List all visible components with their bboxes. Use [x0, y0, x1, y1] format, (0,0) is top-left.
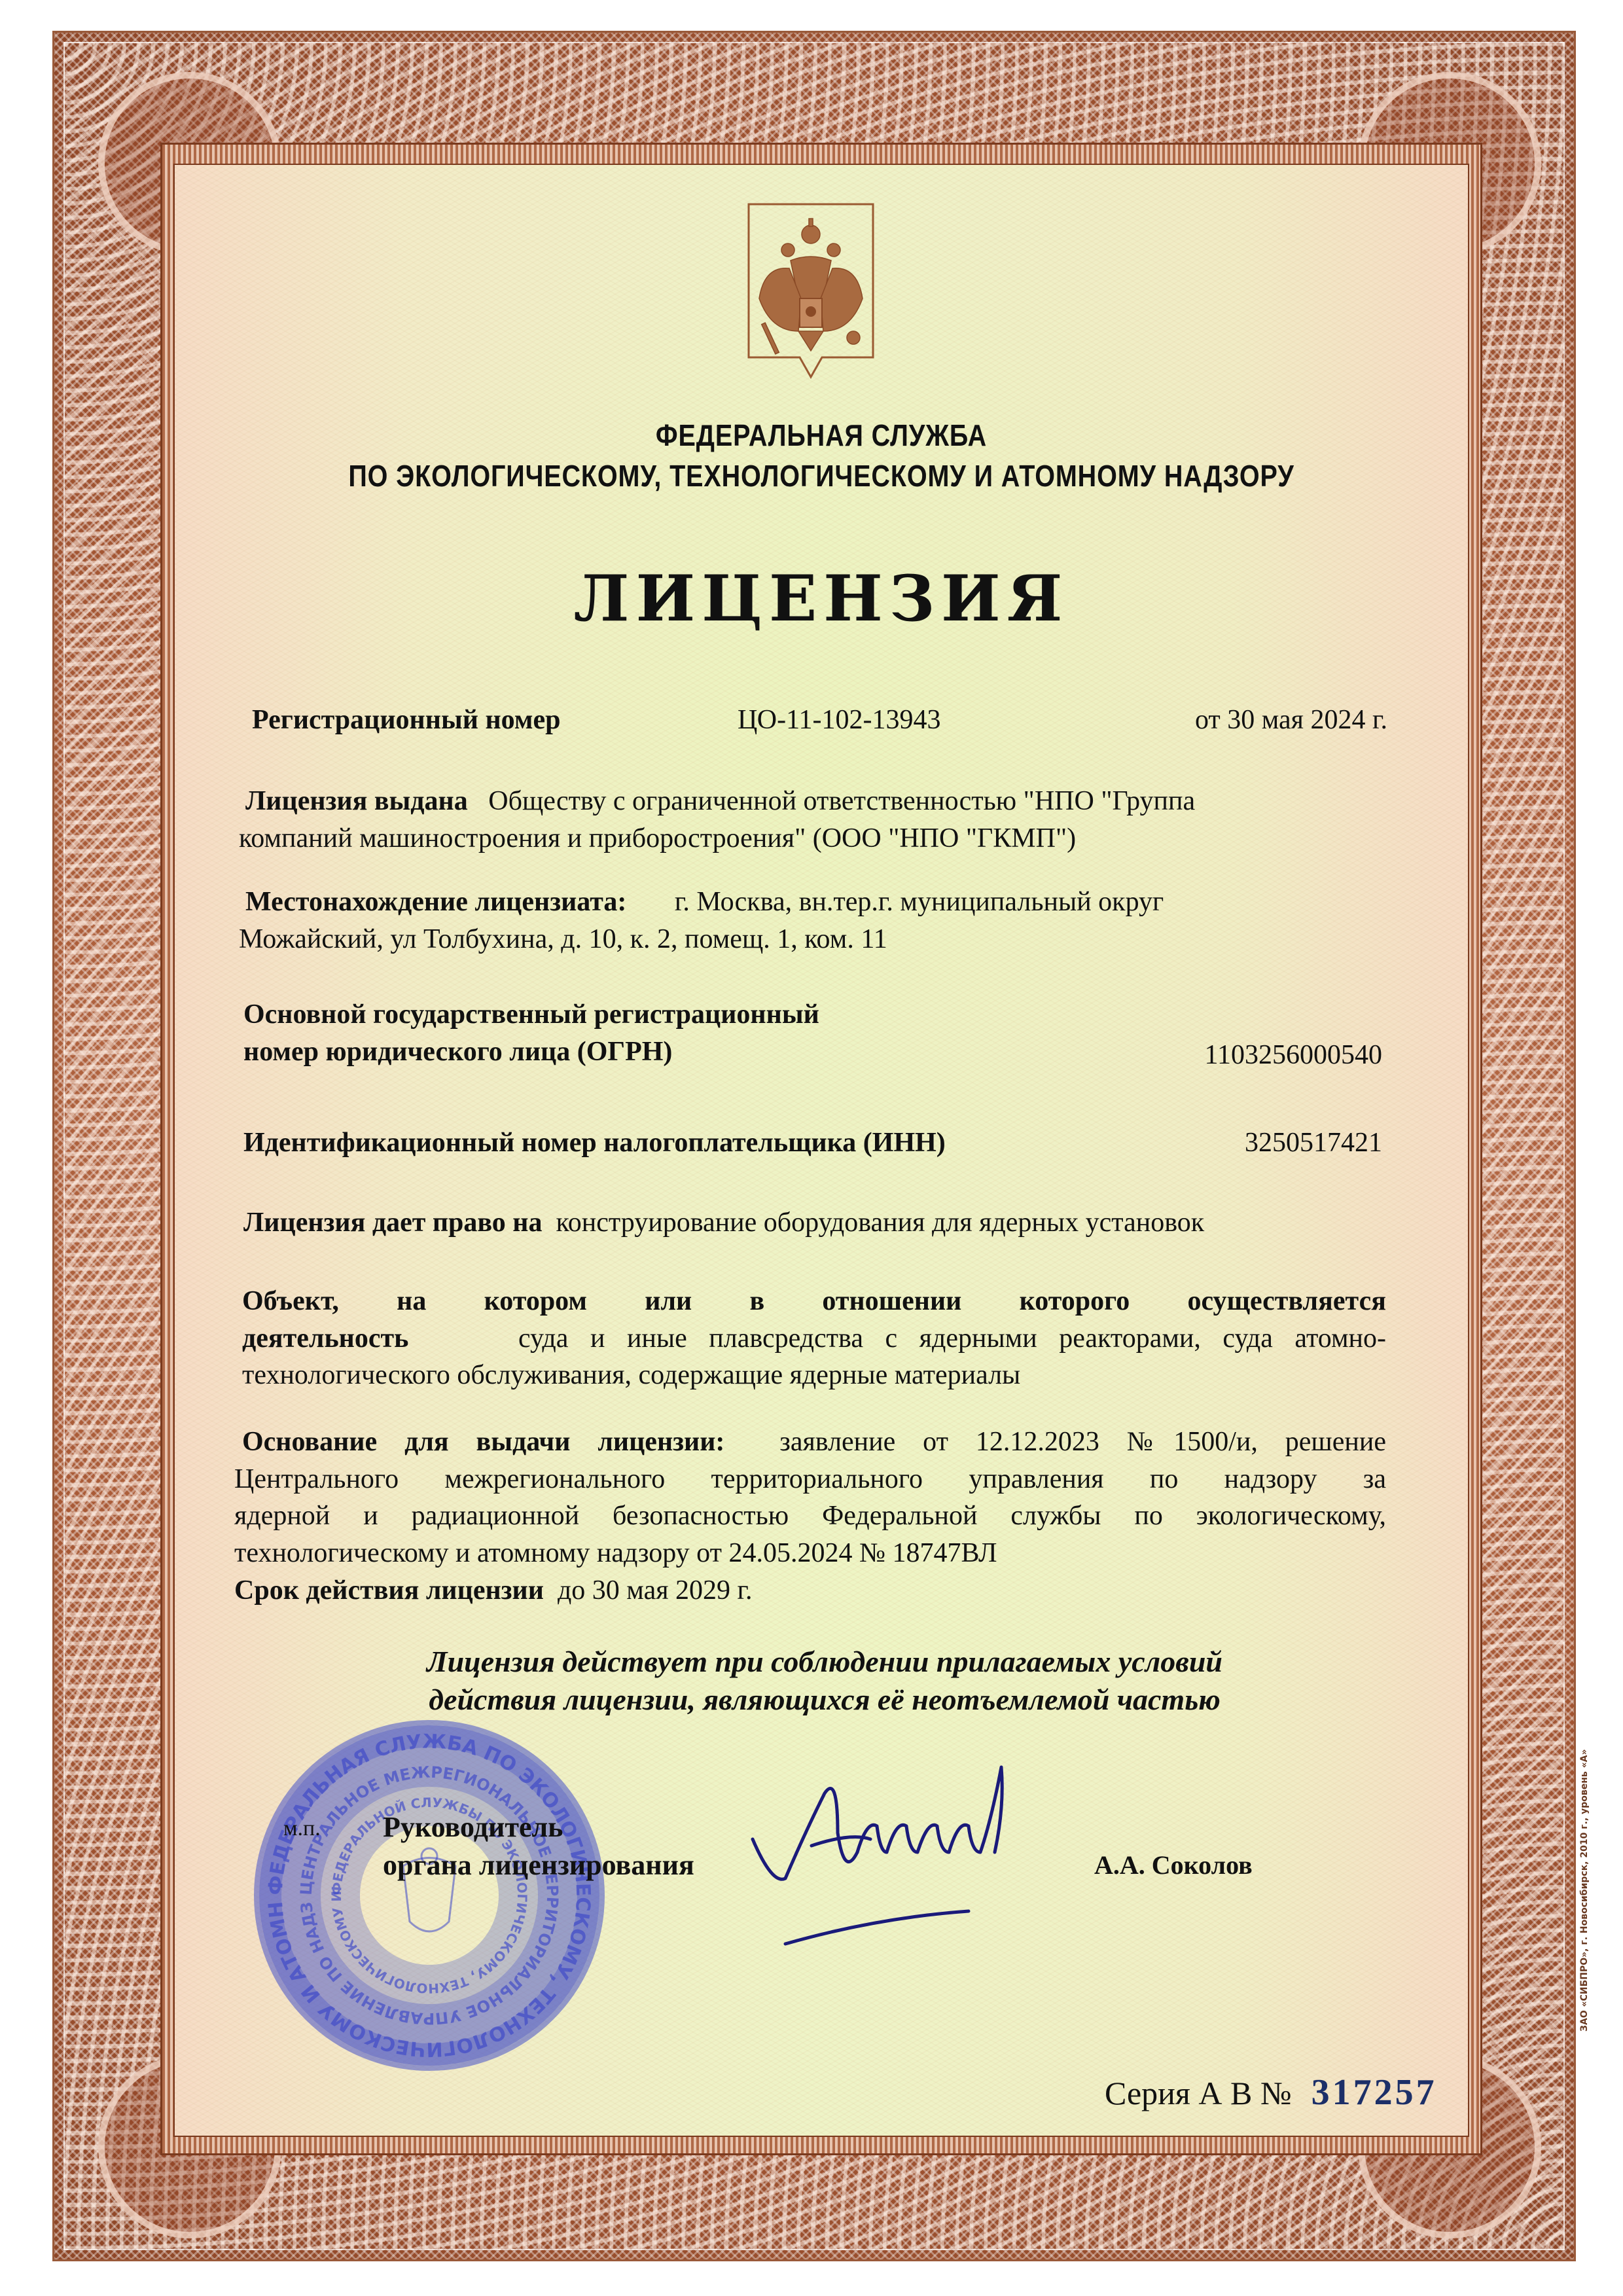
ogrn-value: 1103256000540: [1205, 1037, 1382, 1074]
right-to-label: Лицензия дает право на: [243, 1208, 543, 1238]
issued-to-row: Лицензия выдана Обществу с ограниченной …: [239, 783, 1387, 857]
signatory-position-line1: Руководитель: [383, 1810, 563, 1844]
object-label-line1: Объект, на котором или в отношении котор…: [242, 1283, 1386, 1320]
issued-to-label: Лицензия выдана: [245, 786, 468, 816]
basis-value-line2: Центрального межрегионального территориа…: [234, 1461, 1386, 1498]
signatory-name: А.А. Соколов: [1094, 1850, 1253, 1880]
basis-value-line1: заявление от 12.12.2023 №1500/и, решение: [779, 1427, 1386, 1457]
basis-row: Основание для выдачи лицензии: заявление…: [234, 1424, 1386, 1572]
validity-row: Срок действия лицензии до 30 мая 2029 г.: [234, 1572, 1383, 1609]
basis-value-line3: ядерной и радиационной безопасностью Фед…: [234, 1498, 1386, 1535]
location-row: Местонахождение лицензиата: г. Москва, в…: [239, 884, 1387, 958]
registration-row: Регистрационный номер ЦО-11-102-13943 от…: [252, 702, 1387, 741]
location-value-line2: Можайский, ул Толбухина, д. 10, к. 2, по…: [239, 921, 1387, 958]
validity-label: Срок действия лицензии: [234, 1575, 544, 1605]
basis-label: Основание для выдачи лицензии:: [242, 1427, 724, 1457]
object-row: Объект, на котором или в отношении котор…: [242, 1283, 1386, 1394]
object-value-line2: технологического обслуживания, содержащи…: [242, 1357, 1386, 1394]
registration-date: от 30 мая 2024 г.: [1195, 702, 1387, 739]
conditions-note-line2: действия лицензии, являющихся её неотъем…: [340, 1681, 1309, 1719]
validity-value: до 30 мая 2029 г.: [558, 1575, 753, 1605]
location-value-line1: г. Москва, вн.тер.г. муниципальный округ: [675, 887, 1164, 917]
object-label-line2: деятельность: [242, 1323, 408, 1354]
conditions-note: Лицензия действует при соблюдении прилаг…: [340, 1643, 1309, 1718]
issued-to-value-line1: Обществу с ограниченной ответственностью…: [488, 786, 1195, 816]
right-to-row: Лицензия дает право на конструирование о…: [243, 1204, 1392, 1242]
official-seal-stamp: ФЕДЕРАЛЬНАЯ СЛУЖБА ПО ЭКОЛОГИЧЕСКОМУ, ТЕ…: [254, 1720, 605, 2071]
registration-number: ЦО-11-102-13943: [738, 702, 941, 739]
inn-value: 3250517421: [1245, 1124, 1382, 1162]
inn-row: Идентификационный номер налогоплательщик…: [243, 1124, 1382, 1164]
agency-name-line1: ФЕДЕРАЛЬНАЯ СЛУЖБА: [264, 418, 1379, 453]
inn-label: Идентификационный номер налогоплательщик…: [243, 1124, 946, 1162]
coat-of-arms-icon: [745, 200, 877, 390]
object-value-line1: суда и иные плавсредства с ядерными реак…: [518, 1323, 1386, 1354]
seal-text-icon: ФЕДЕРАЛЬНАЯ СЛУЖБА ПО ЭКОЛОГИЧЕСКОМУ, ТЕ…: [259, 1725, 599, 2066]
basis-value-line4: технологическому и атомному надзору от 2…: [234, 1535, 1386, 1572]
agency-name-line2: ПО ЭКОЛОГИЧЕСКОМУ, ТЕХНОЛОГИЧЕСКОМУ И АТ…: [264, 458, 1379, 493]
registration-label: Регистрационный номер: [252, 702, 560, 739]
signatory-position-line2: органа лицензирования: [383, 1848, 694, 1882]
form-serial-number: 317257: [1311, 2072, 1437, 2113]
ogrn-row: Основной государственный регистрационный…: [243, 996, 1382, 1075]
series-number: Серия А В №317257: [1105, 2072, 1437, 2113]
printer-imprint: ЗАО «СИБПРО», г. Новосибирск, 2010 г., у…: [1578, 1745, 1590, 2036]
seal-mark: м.п.: [283, 1816, 321, 1841]
signature-icon: [746, 1754, 1060, 1964]
issued-to-value-line2: компаний машиностроения и приборостроени…: [239, 820, 1387, 857]
ogrn-label-line1: Основной государственный регистрационный: [243, 996, 1382, 1033]
location-label: Местонахождение лицензиата:: [245, 887, 626, 917]
series-label: Серия А В №: [1105, 2075, 1292, 2111]
conditions-note-line1: Лицензия действует при соблюдении прилаг…: [340, 1643, 1309, 1681]
document-title: ЛИЦЕНЗИЯ: [173, 562, 1469, 636]
right-to-value: конструирование оборудования для ядерных…: [556, 1208, 1205, 1238]
